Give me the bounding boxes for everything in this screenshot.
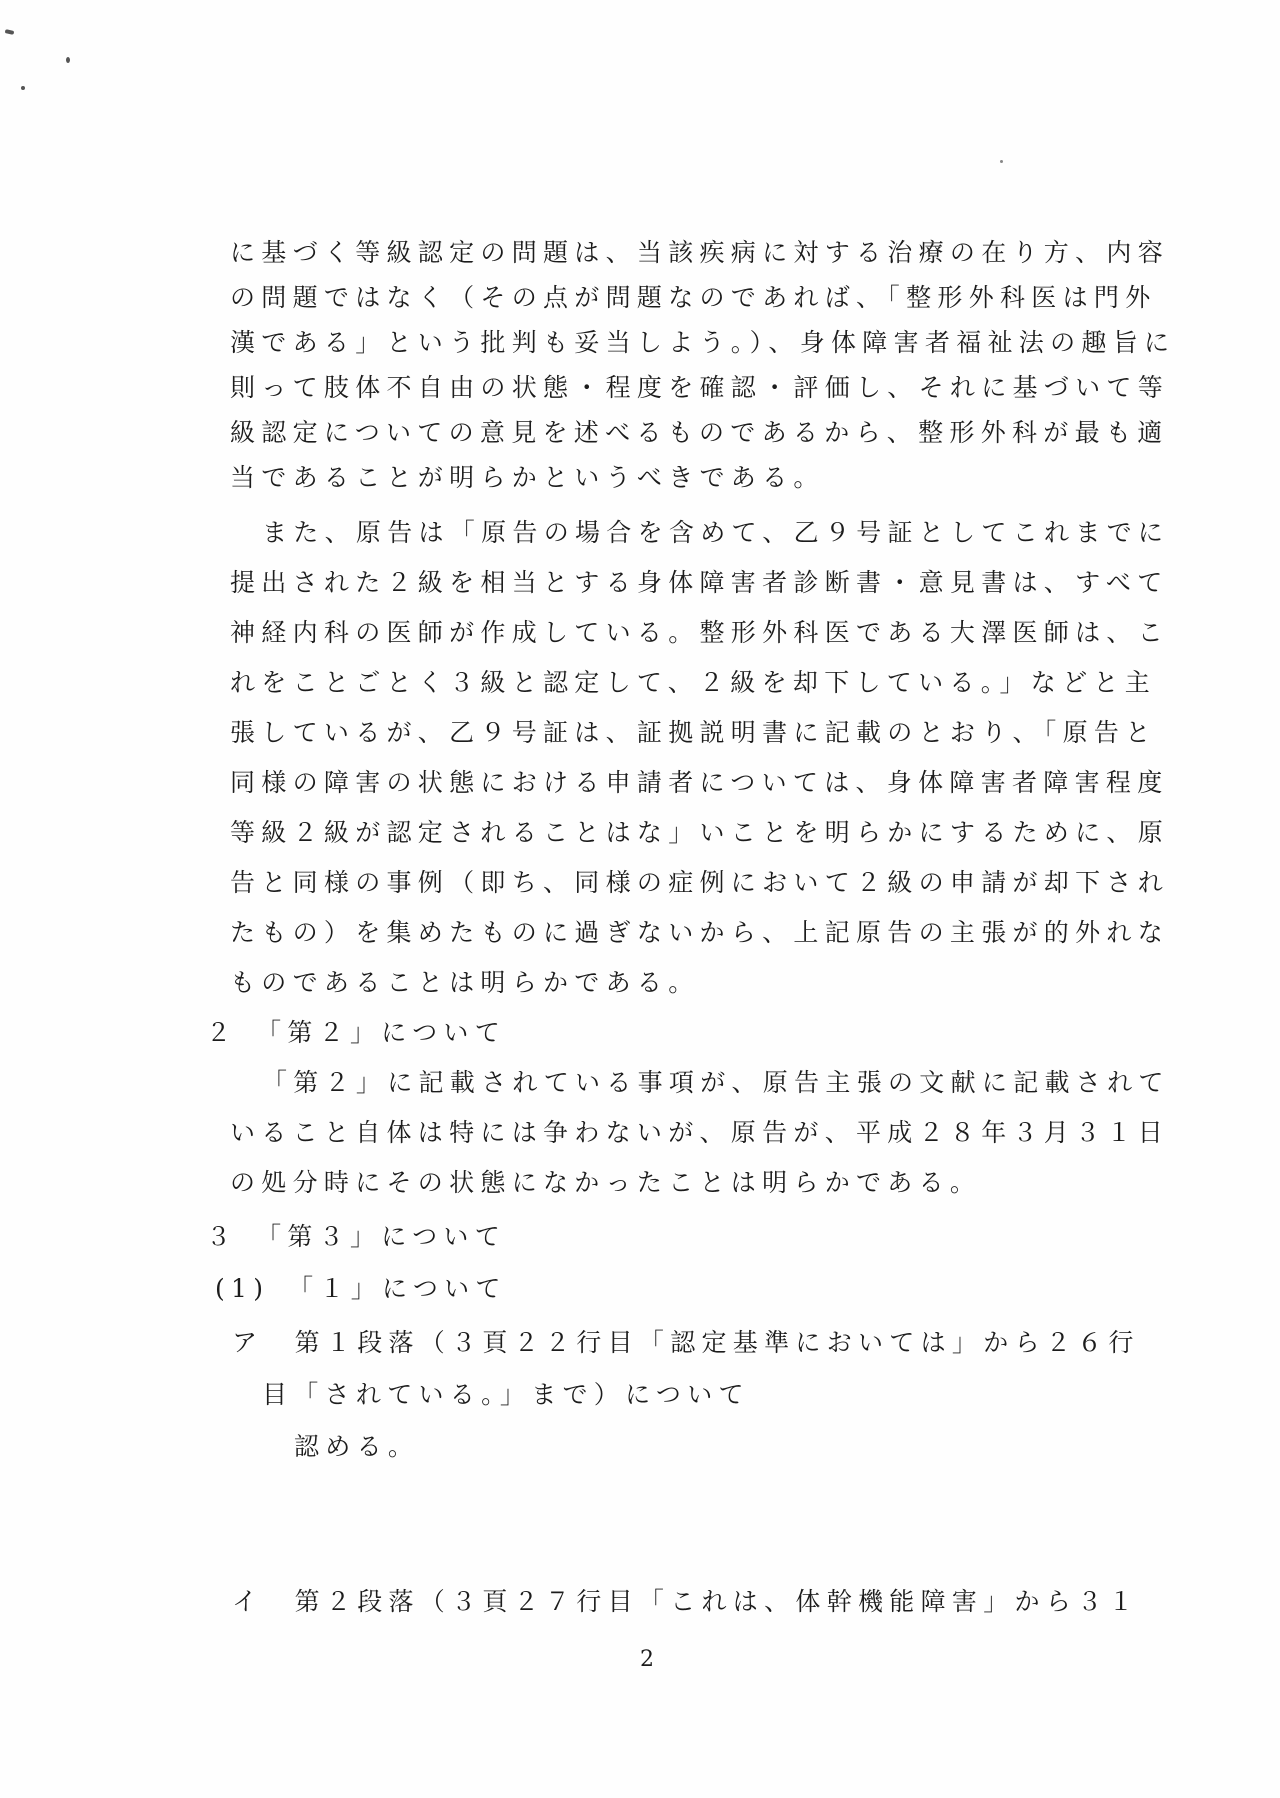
text-line: ア 第１段落（３頁２２行目「認定基準においては」から２６行 xyxy=(232,1328,1140,1358)
text-line: 神経内科の医師が作成している。整形外科医である大澤医師は、こ xyxy=(230,618,1169,648)
text-line: 級認定についての意見を述べるものであるから、整形外科が最も適 xyxy=(230,418,1169,448)
document-page: に基づく等級認定の問題は、当該疾病に対する治療の在り方、内容の問題ではなく（その… xyxy=(0,0,1280,1798)
scan-speck xyxy=(21,86,25,90)
text-line: 目「されている。」まで）について xyxy=(262,1380,750,1410)
text-line: 則って肢体不自由の状態・程度を確認・評価し、それに基づいて等 xyxy=(230,373,1169,403)
text-line: たもの）を集めたものに過ぎないから、上記原告の主張が的外れな xyxy=(230,918,1169,948)
text-line: 漢である」という批判も妥当しよう。）、身体障害者福祉法の趣旨に xyxy=(230,328,1175,358)
text-line: ３ 「第３」について xyxy=(206,1222,506,1252)
page-number: 2 xyxy=(632,1647,662,1673)
text-line: イ 第２段落（３頁２７行目「これは、体幹機能障害」から３１ xyxy=(232,1587,1140,1617)
scan-speck xyxy=(5,29,15,35)
text-line: に基づく等級認定の問題は、当該疾病に対する治療の在り方、内容 xyxy=(230,238,1169,268)
text-line: 張しているが、乙９号証は、証拠説明書に記載のとおり、「原告と xyxy=(230,718,1157,748)
text-line: (1) 「１」について xyxy=(215,1274,507,1304)
text-line: 「第２」に記載されている事項が、原告主張の文献に記載されて xyxy=(262,1068,1170,1098)
text-line: 告と同様の事例（即ち、同様の症例において２級の申請が却下され xyxy=(230,868,1169,898)
text-line: れをことごとく３級と認定して、２級を却下している。」などと主 xyxy=(230,668,1156,698)
text-line: ２ 「第２」について xyxy=(206,1018,506,1048)
scan-speck xyxy=(66,57,70,63)
text-line: 同様の障害の状態における申請者については、身体障害者障害程度 xyxy=(230,768,1169,798)
text-line: ものであることは明らかである。 xyxy=(230,968,700,998)
text-line: の処分時にその状態になかったことは明らかである。 xyxy=(230,1168,981,1198)
text-line: 提出された２級を相当とする身体障害者診断書・意見書は、すべて xyxy=(230,568,1169,598)
text-line: の問題ではなく（その点が問題なのであれば、「整形外科医は門外 xyxy=(230,283,1157,313)
text-line: 等級２級が認定されることはな」いことを明らかにするために、原 xyxy=(230,818,1169,848)
text-line: また、原告は「原告の場合を含めて、乙９号証としてこれまでに xyxy=(262,518,1169,548)
text-line: 認める。 xyxy=(294,1432,419,1462)
text-line: いること自体は特には争わないが、原告が、平成２８年３月３１日 xyxy=(230,1118,1169,1148)
text-line: 当であることが明らかというべきである。 xyxy=(230,463,825,493)
scan-speck xyxy=(1000,160,1003,163)
